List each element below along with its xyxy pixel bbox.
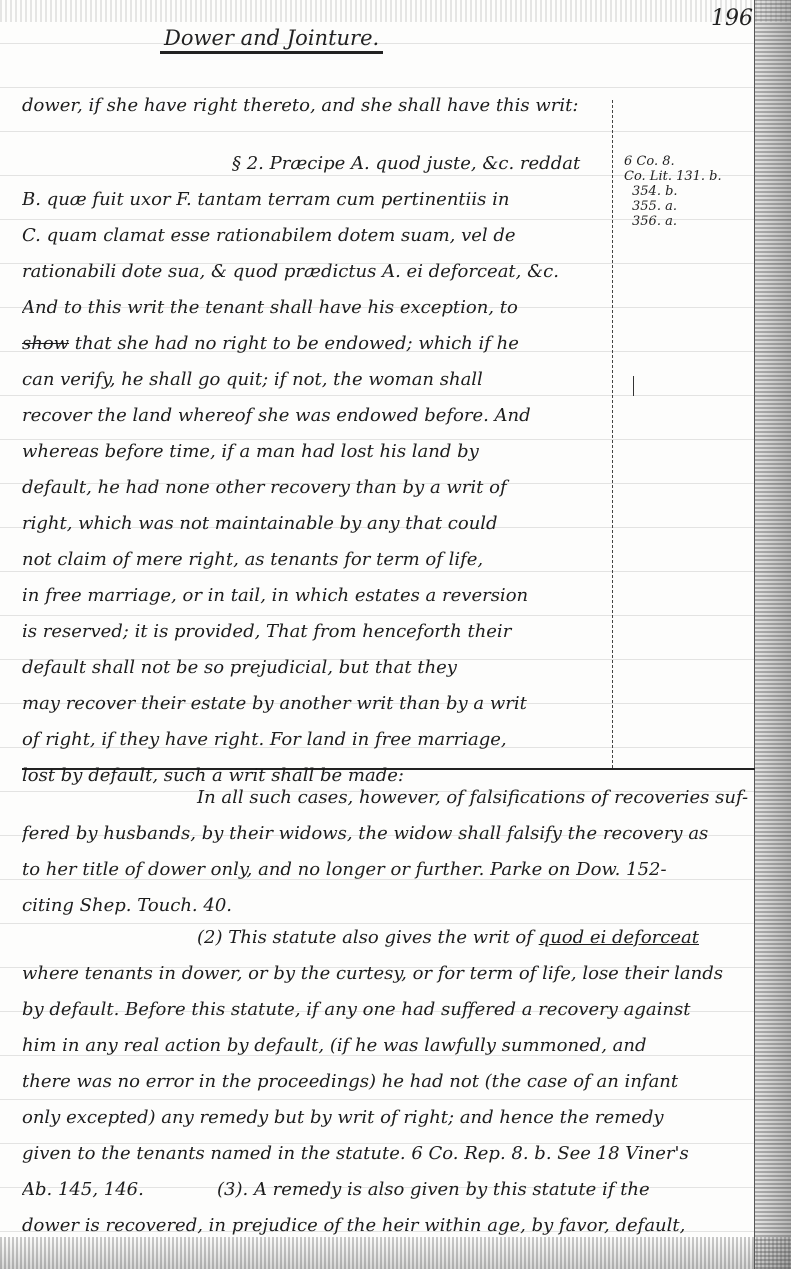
commentary-paragraph-1: In all such cases, however, of falsifica… [22, 780, 752, 924]
margin-rule [612, 100, 613, 768]
text-line-rest: that she had no right to be endowed; whi… [69, 333, 519, 354]
text-line: C. quam clamat esse rationabilem dotem s… [22, 218, 602, 254]
text-line: not claim of mere right, as tenants for … [22, 542, 602, 578]
citation: 356. a. [624, 214, 744, 229]
text-line: default, he had none other recovery than… [22, 470, 602, 506]
commentary-paragraph-3: (3). A remedy is also given by this stat… [22, 1172, 752, 1244]
statute-text: dower, if she have right thereto, and sh… [22, 88, 602, 124]
citation: 6 Co. 8. [624, 154, 744, 169]
text-line: recover the land whereof she was endowed… [22, 398, 602, 434]
text-line: in free marriage, or in tail, in which e… [22, 578, 602, 614]
text-line: § 2. Præcipe A. quod juste, &c. reddat [22, 146, 602, 182]
text-line-with-strike: show that she had no right to be endowed… [22, 326, 602, 362]
underlined-phrase: quod ei deforceat [539, 927, 699, 948]
text-line-start: (2) This statute also gives the writ of [197, 927, 539, 948]
text-line: to her title of dower only, and no longe… [22, 852, 752, 888]
page-edge-shading [754, 0, 791, 1269]
text-line: is reserved; it is provided, That from h… [22, 614, 602, 650]
text-line: there was no error in the proceedings) h… [22, 1064, 752, 1100]
text-line: may recover their estate by another writ… [22, 686, 602, 722]
manuscript-page: 196 Dower and Jointure. dower, if she ha… [0, 0, 791, 1269]
struck-word: show [22, 333, 69, 354]
text-line: B. quæ fuit uxor F. tantam terram cum pe… [22, 182, 602, 218]
citation: 354. b. [624, 184, 744, 199]
text-line: whereas before time, if a man had lost h… [22, 434, 602, 470]
text-line: default shall not be so prejudicial, but… [22, 650, 602, 686]
text-line: rationabili dote sua, & quod prædictus A… [22, 254, 602, 290]
text-line-with-underline: (2) This statute also gives the writ of … [22, 920, 752, 956]
text-line: right, which was not maintainable by any… [22, 506, 602, 542]
commentary-paragraph-2: (2) This statute also gives the writ of … [22, 920, 752, 1208]
text-line: can verify, he shall go quit; if not, th… [22, 362, 602, 398]
margin-tick-mark [633, 376, 634, 396]
text-line: dower is recovered, in prejudice of the … [22, 1208, 752, 1244]
text-line: dower, if she have right thereto, and sh… [22, 88, 602, 124]
text-line: citing Shep. Touch. 40. [22, 888, 752, 924]
page-heading: Dower and Jointure. [160, 26, 383, 54]
text-line: (3). A remedy is also given by this stat… [22, 1172, 752, 1208]
text-line: him in any real action by default, (if h… [22, 1028, 752, 1064]
text-line: In all such cases, however, of falsifica… [22, 780, 752, 816]
text-line: of right, if they have right. For land i… [22, 722, 602, 758]
page-number: 196 [711, 6, 753, 31]
text-line: given to the tenants named in the statut… [22, 1136, 752, 1172]
citation: Co. Lit. 131. b. [624, 169, 744, 184]
text-line: only excepted) any remedy but by writ of… [22, 1100, 752, 1136]
text-line: where tenants in dower, or by the curtes… [22, 956, 752, 992]
statute-section-2: § 2. Præcipe A. quod juste, &c. reddat B… [22, 146, 602, 794]
scan-noise-top [0, 0, 791, 22]
text-line: by default. Before this statute, if any … [22, 992, 752, 1028]
citation: 355. a. [624, 199, 744, 214]
text-line: And to this writ the tenant shall have h… [22, 290, 602, 326]
text-line: fered by husbands, by their widows, the … [22, 816, 752, 852]
marginal-citations: 6 Co. 8. Co. Lit. 131. b. 354. b. 355. a… [624, 154, 744, 229]
